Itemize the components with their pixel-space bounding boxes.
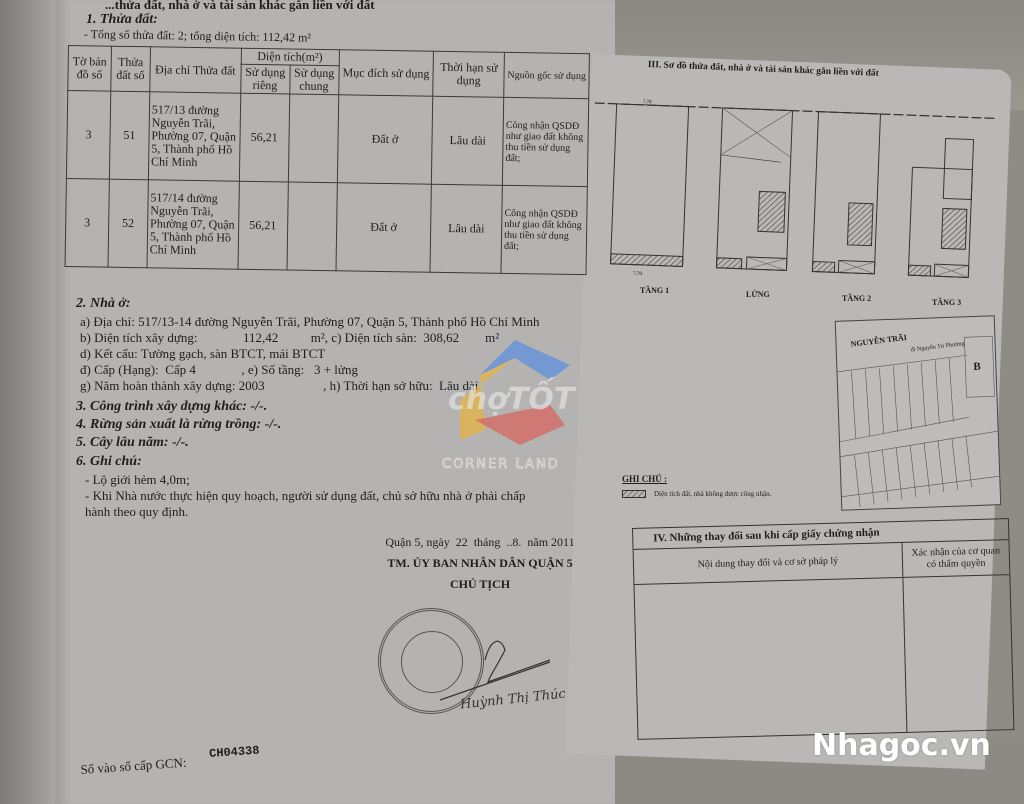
col-map-sheet: Tờ bản đồ số — [68, 46, 112, 92]
location-marker: B — [973, 361, 981, 373]
col-address: Địa chỉ Thửa đất — [150, 47, 242, 93]
cell-origin: Công nhận QSDĐ như giao đất không thu ti… — [501, 185, 587, 274]
section1-title: 1. Thửa đất: — [86, 12, 158, 28]
signer-role: CHỦ TỊCH — [360, 577, 600, 592]
hatch-swatch-icon — [622, 490, 646, 498]
plan-label-lung: LỬNG — [746, 290, 770, 299]
cell-area-shared — [288, 94, 338, 183]
table-row: 3 51 517/13 đường Nguyễn Trãi, Phường 07… — [66, 91, 588, 187]
cell-parcel-no: 51 — [109, 91, 149, 180]
note-line-1: - Lộ giới hẻm 4,0m; — [85, 472, 190, 488]
plan-tang-3 — [908, 137, 973, 277]
table-row: 3 52 517/14 đường Nguyễn Trãi, Phường 07… — [65, 178, 587, 274]
book-spine — [0, 0, 60, 804]
site-watermark: Nhagoc.vn — [812, 728, 991, 763]
cell-map-sheet: 3 — [66, 91, 110, 180]
plan-tang-1: 7,70 7,70 — [610, 99, 689, 279]
changes-table: IV. Những thay đổi sau khi cấp giấy chứn… — [632, 518, 1014, 740]
section5-perennial: 5. Cây lâu năm: -/-. — [76, 435, 189, 451]
plan-label-tang-3: TẦNG 3 — [932, 298, 961, 307]
section4-forest: 4. Rừng sản xuất là rừng trồng: -/-. — [76, 417, 281, 433]
house-address: a) Địa chỉ: 517/13-14 đường Nguyễn Trãi,… — [80, 314, 539, 330]
svg-text:7,70: 7,70 — [643, 100, 652, 105]
col-area-private: Sử dụng riêng — [240, 64, 289, 94]
cell-purpose: Đất ở — [336, 183, 432, 272]
changes-confirm-column: Xác nhận của cơ quan có thẩm quyền — [902, 540, 1013, 732]
chotot-watermark: chợTỐT — [448, 382, 574, 417]
plan-tang-2 — [812, 112, 880, 274]
cell-area-private: 56,21 — [238, 181, 288, 270]
issuing-org: TM. ỦY BAN NHÂN DÂN QUẬN 5 — [360, 556, 600, 571]
note-line-2: - Khi Nhà nước thực hiện quy hoạch, ngườ… — [85, 488, 525, 504]
cell-map-sheet: 3 — [65, 178, 109, 267]
col-term: Thời hạn sử dụng — [433, 51, 505, 97]
registry-code: CH04338 — [209, 743, 260, 760]
changes-content-column: Nội dung thay đổi và cơ sở pháp lý — [634, 543, 908, 739]
col-purpose: Mục đích sử dụng — [338, 50, 433, 96]
col-area-group: Diện tích(m²) — [241, 48, 339, 66]
location-map: NGUYỄN TRÃI đi Nguyễn Tri Phương B — [835, 315, 1002, 510]
signature-block: Quận 5, ngày 22 tháng ..8. năm 2011 TM. … — [360, 535, 600, 592]
cell-parcel-no: 52 — [108, 179, 148, 268]
legend-title: GHI CHÚ : — [622, 474, 771, 484]
cell-term: Lâu dài — [432, 96, 504, 185]
parcel-table: Tờ bản đồ số Thửa đất số Địa chỉ Thửa đấ… — [65, 45, 590, 275]
corner-land-watermark: CORNER LAND — [442, 457, 560, 472]
col-parcel-no: Thửa đất số — [111, 46, 151, 92]
changes-col1-header: Nội dung thay đổi và cơ sở pháp lý — [634, 543, 903, 585]
section3-other-works: 3. Công trình xây dựng khác: -/-. — [76, 399, 267, 415]
legend: GHI CHÚ : Diện tích đất, nhà không được … — [622, 474, 771, 498]
col-origin: Nguồn gốc sử dụng — [504, 52, 590, 98]
changes-col2-header: Xác nhận của cơ quan có thẩm quyền — [902, 540, 1009, 578]
legend-item: Diện tích đất, nhà không được công nhận. — [654, 490, 771, 498]
cell-area-shared — [287, 182, 337, 271]
cell-area-private: 56,21 — [239, 93, 289, 182]
cell-address: 517/14 đường Nguyễn Trãi, Phường 07, Quậ… — [147, 180, 239, 269]
cell-term: Lâu dài — [430, 184, 502, 273]
place-date: Quận 5, ngày 22 tháng ..8. năm 2011 — [360, 535, 600, 550]
col-area-shared: Sử dụng chung — [289, 65, 338, 95]
cell-origin: Công nhận QSDĐ như giao đất không thu ti… — [502, 97, 588, 186]
plan-label-tang-1: TẦNG 1 — [640, 286, 669, 295]
note-line-3: hành theo quy định. — [85, 504, 188, 520]
cell-purpose: Đất ở — [337, 95, 433, 184]
plan-label-tang-2: TẦNG 2 — [842, 294, 871, 303]
svg-text:7,70: 7,70 — [633, 272, 642, 277]
section2-title: 2. Nhà ở: — [76, 296, 131, 312]
plan-lung — [716, 108, 792, 271]
cell-address: 517/13 đường Nguyễn Trãi, Phường 07, Quậ… — [148, 92, 240, 181]
section6-title: 6. Ghi chú: — [76, 454, 142, 470]
